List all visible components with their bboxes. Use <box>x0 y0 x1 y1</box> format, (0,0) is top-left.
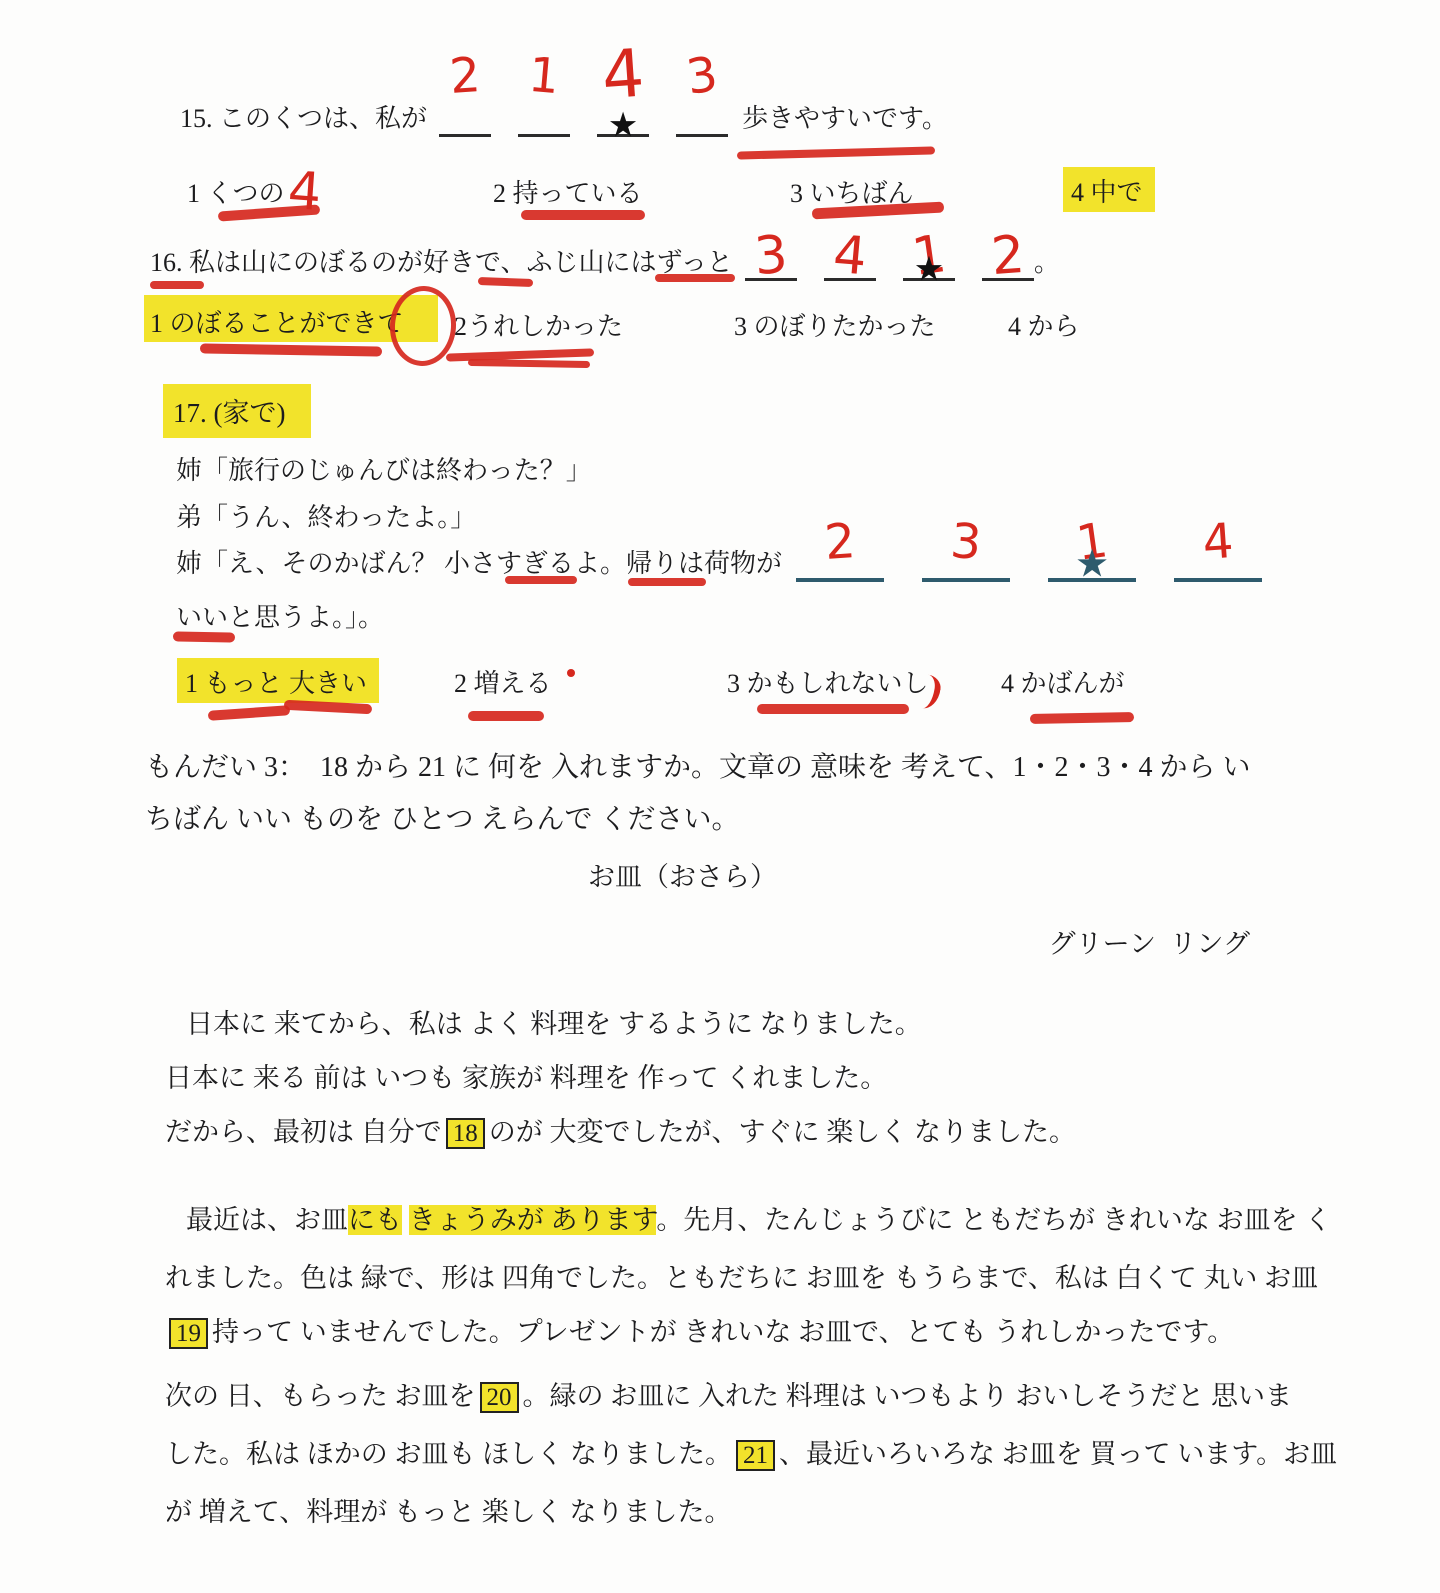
red-underline-annotation <box>521 210 645 220</box>
q17-dialogue3-prefix: 姉「え、そのかばん？ 小さすぎるよ。帰りは荷物が <box>176 543 782 582</box>
passage-line: 日本に 来てから、私は よく 料理を するように なりました。 <box>186 1002 922 1041</box>
handwritten-answer-digit: 4 <box>831 229 868 284</box>
q15-stem-prefix: 15. このくつは、私が <box>180 98 427 137</box>
red-underline-annotation <box>173 631 235 642</box>
q16-option-2: 2うれしかった <box>454 306 623 343</box>
mondai3-instruction-line-1: もんだい 3： 18 から 21 に 何を 入れますか。文章の 意味を 考えて、… <box>145 745 1250 785</box>
mondai3-instruction-line-2: ちばん いい ものを ひとつ えらんで ください。 <box>145 797 739 837</box>
red-underline-annotation <box>150 281 204 289</box>
q15-option-4: 4 中で <box>1063 167 1155 212</box>
star-marker-icon: ★ <box>915 252 942 287</box>
q16-answer-blank-2: 4 <box>824 240 876 281</box>
red-underline-annotation <box>737 146 935 159</box>
q16-answer-blank-3: 1 ★ <box>903 240 955 281</box>
q17-answer-blank-4: 4 <box>1174 538 1262 582</box>
passage-line: が 増えて、料理が もっと 楽しく なりました。 <box>165 1490 731 1529</box>
red-underline-annotation <box>468 359 590 368</box>
text-segment: 持って いませんでした。プレゼントが きれいな お皿で、とても うれしかったです… <box>212 1317 1234 1347</box>
text-segment: 、最近いろいろな お皿を 買って います。お皿 <box>779 1439 1337 1469</box>
q15-answer-blank-3: 4 ★ <box>597 96 649 137</box>
q17-dialogue-line-1: 姉「旅行のじゅんびは終わった？」 <box>176 450 592 487</box>
passage-line: れました。色は 緑で、形は 四角でした。ともだちに お皿を もうらまで、私は 白… <box>165 1256 1318 1295</box>
question-16-stem: 16. 私は山にのぼるのが好きで、ふじ山にはずっと 3 4 1 ★ 2 。 <box>150 240 1060 281</box>
text-segment: だから、最初は 自分で <box>165 1117 442 1147</box>
red-underline-annotation <box>505 576 577 584</box>
blank-number-box: 19 <box>169 1318 208 1349</box>
passage-line: 日本に 来る 前は いつも 家族が 料理を 作って くれました。 <box>165 1056 887 1095</box>
text-segment: のが 大変でしたが、すぐに 楽しく なりました。 <box>489 1117 1076 1147</box>
text-segment: 最近は、お皿 <box>186 1205 348 1235</box>
q16-stem-prefix: 16. 私は山にのぼるのが好きで、ふじ山にはずっと <box>150 242 733 281</box>
q16-answer-blank-4: 2 <box>982 240 1034 281</box>
blank-number-box: 20 <box>480 1382 519 1413</box>
text-segment: 次の 日、もらった お皿を <box>165 1381 476 1411</box>
q17-answer-blank-3: 1 ★ <box>1048 538 1136 582</box>
q17-option-2: 2 増える <box>454 663 552 700</box>
handwritten-answer-digit: 2 <box>448 51 482 101</box>
red-dot-annotation <box>567 669 575 677</box>
handwritten-answer-digit: 3 <box>753 229 790 283</box>
red-tick-annotation <box>915 673 942 710</box>
handwritten-answer-digit: 2 <box>823 517 857 567</box>
q15-option-2: 2 持っている <box>493 173 643 210</box>
q15-option-1: 1 くつの <box>187 173 285 210</box>
handwritten-answer-digit: 2 <box>990 229 1027 283</box>
passage-line: 19持って いませんでした。プレゼントが きれいな お皿で、とても うれしかった… <box>165 1310 1234 1349</box>
passage-author: グリーン リング <box>1049 922 1250 961</box>
handwritten-answer-digit: 4 <box>600 41 647 110</box>
text-segment <box>402 1205 409 1235</box>
blank-number-box: 18 <box>446 1118 485 1149</box>
passage-line: 次の 日、もらった お皿を20。緑の お皿に 入れた 料理は いつもより おいし… <box>165 1374 1292 1413</box>
passage-line: した。私は ほかの お皿も ほしく なりました。21、最近いろいろな お皿を 買… <box>165 1432 1337 1471</box>
passage-line: 最近は、お皿にも きょうみが あります。先月、たんじょうびに ともだちが きれい… <box>186 1198 1331 1237</box>
blank-number-box: 21 <box>736 1440 775 1471</box>
q17-option-1: 1 もっと 大きい <box>177 658 379 703</box>
handwritten-answer-digit: 1 <box>527 51 562 101</box>
text-segment: 。緑の お皿に 入れた 料理は いつもより おいしそうだと 思いま <box>523 1381 1293 1411</box>
test-paper-page: 15. このくつは、私が 2 1 4 ★ 3 歩きやすいです。 1 くつの 4 … <box>0 0 1440 1593</box>
red-underline-annotation <box>200 343 382 356</box>
red-underline-annotation <box>478 277 533 287</box>
text-segment: きょうみが あります <box>409 1205 657 1235</box>
text-segment: 。先月、たんじょうびに ともだちが きれいな お皿を く <box>656 1205 1331 1235</box>
handwritten-answer-digit: 3 <box>684 50 721 102</box>
red-underline-annotation <box>757 704 909 714</box>
q17-dialogue-line-3: 姉「え、そのかばん？ 小さすぎるよ。帰りは荷物が 2 3 1 ★ 4 <box>176 538 1262 582</box>
q15-stem-suffix: 歩きやすいです。 <box>742 98 948 137</box>
q17-dialogue-line-4: いいと思うよ。」。 <box>176 597 384 634</box>
star-marker-icon: ★ <box>1077 544 1107 584</box>
red-underline-annotation <box>655 274 735 282</box>
question-15-stem: 15. このくつは、私が 2 1 4 ★ 3 歩きやすいです。 <box>180 96 948 137</box>
q16-option-4: 4 から <box>1008 306 1080 343</box>
q17-dialogue-line-2: 弟「うん、終わったよ。」 <box>176 497 476 534</box>
red-underline-annotation <box>208 705 290 721</box>
text-segment: した。私は ほかの お皿も ほしく なりました。 <box>165 1439 732 1469</box>
red-underline-annotation <box>1030 712 1134 724</box>
q15-answer-blank-4: 3 <box>676 96 728 137</box>
q15-answer-blank-2: 1 <box>518 96 570 137</box>
q16-answer-blank-1: 3 <box>745 240 797 281</box>
q15-answer-blank-1: 2 <box>439 96 491 137</box>
red-underline-annotation <box>468 711 544 721</box>
q17-answer-blank-1: 2 <box>796 538 884 582</box>
q16-stem-suffix: 。 <box>1034 242 1060 281</box>
passage-line: だから、最初は 自分で18のが 大変でしたが、すぐに 楽しく なりました。 <box>165 1110 1076 1149</box>
handwritten-answer-digit: 4 <box>1201 517 1235 567</box>
handwritten-answer-digit: 3 <box>949 517 984 567</box>
passage-title: お皿（おさら） <box>588 855 777 894</box>
star-marker-icon: ★ <box>610 108 637 143</box>
q17-option-4: 4 かばんが <box>1001 663 1125 700</box>
text-segment: にも <box>348 1205 402 1235</box>
question-17-header: 17. (家で) <box>163 384 311 438</box>
q17-answer-blank-2: 3 <box>922 538 1010 582</box>
q17-option-3: 3 かもしれないし <box>727 663 929 700</box>
q16-option-3: 3 のぼりたかった <box>734 306 936 343</box>
red-underline-annotation <box>628 578 706 586</box>
